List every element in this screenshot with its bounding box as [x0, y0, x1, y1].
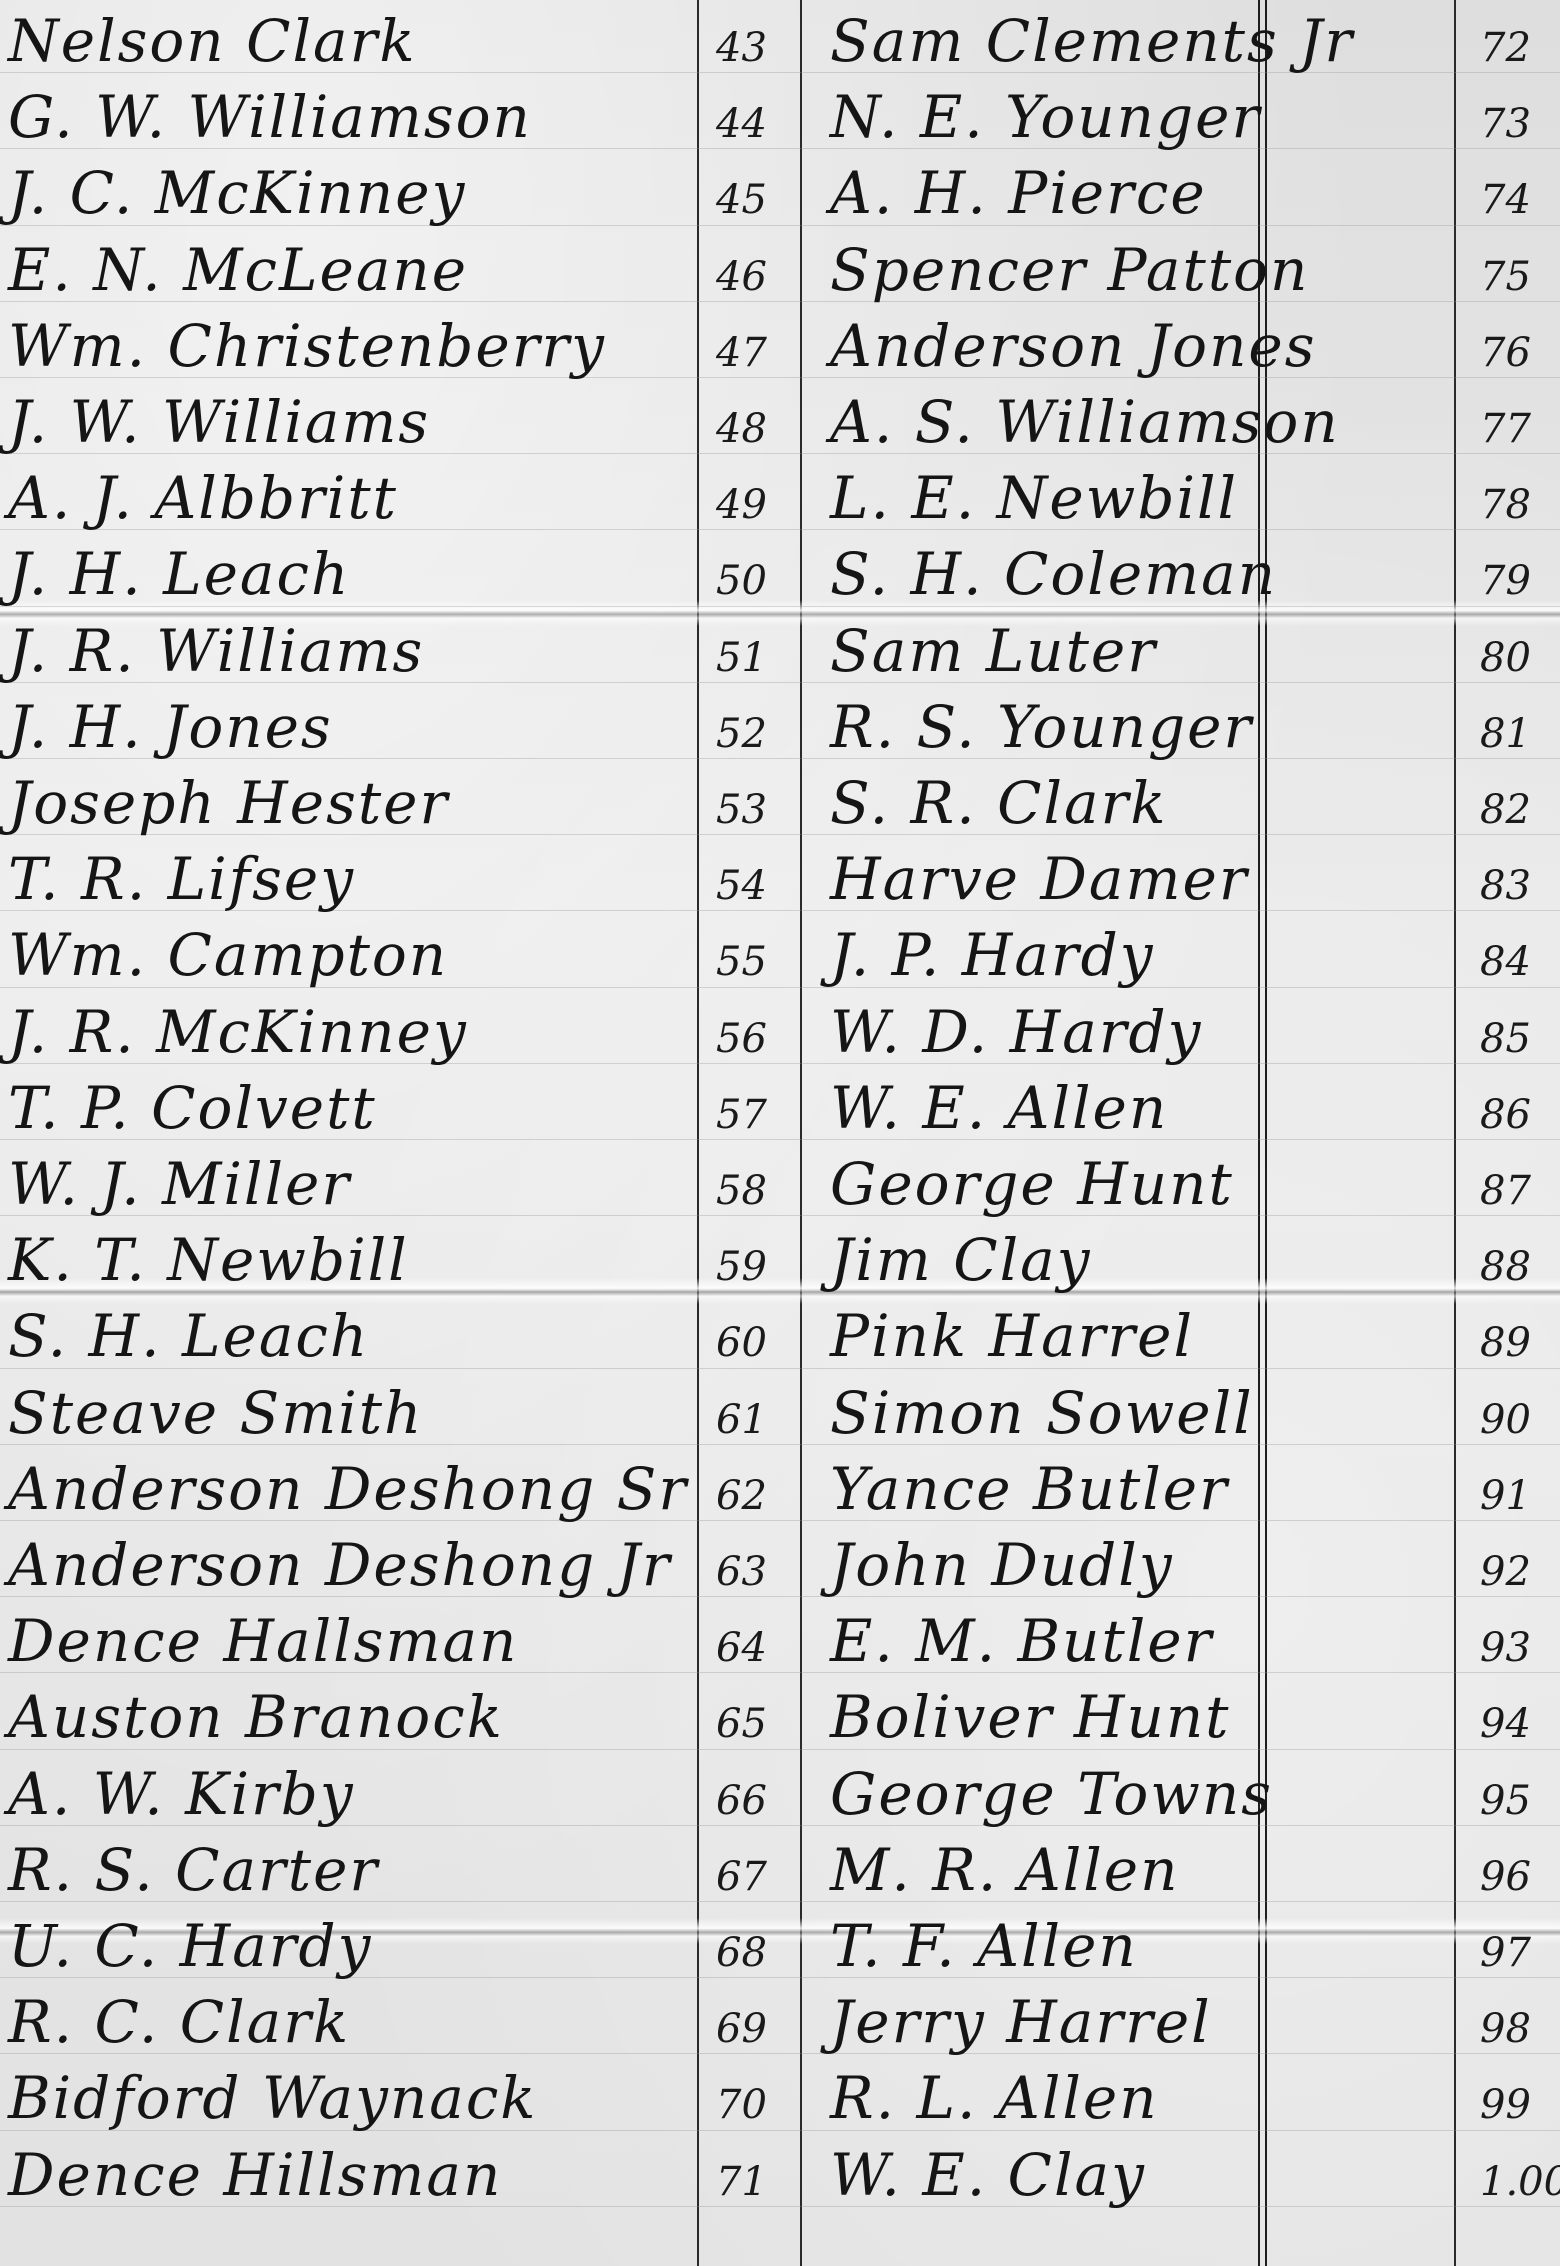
left-entry-name: Anderson Deshong Jr [8, 1536, 672, 1594]
right-entry-number: 72 [1480, 28, 1531, 68]
left-entry-number: 62 [716, 1476, 767, 1516]
right-entry-number: 76 [1480, 333, 1531, 373]
right-entry-number: 97 [1480, 1933, 1531, 1973]
left-entry-number: 71 [716, 2162, 767, 2202]
right-entry-number: 95 [1480, 1781, 1531, 1821]
right-entry-name: S. H. Coleman [830, 545, 1277, 603]
roster-row: Steave Smith61Simon Sowell90 [0, 1372, 1560, 1450]
right-entry-number: 82 [1480, 790, 1531, 830]
right-entry-number: 83 [1480, 866, 1531, 906]
left-entry-number: 49 [716, 485, 767, 525]
roster-row: Dence Hillsman71W. E. Clay1.00 [0, 2134, 1560, 2212]
left-entry-number: 57 [716, 1095, 767, 1135]
left-entry-name: T. R. Lifsey [8, 850, 355, 908]
left-entry-name: J. R. Williams [8, 622, 424, 680]
left-entry-number: 48 [716, 409, 767, 449]
roster-row: J. C. McKinney45A. H. Pierce74 [0, 152, 1560, 230]
right-entry-name: A. S. Williamson [830, 393, 1340, 451]
left-entry-number: 51 [716, 638, 767, 678]
left-entry-name: S. H. Leach [8, 1307, 369, 1365]
right-entry-name: N. E. Younger [830, 88, 1261, 146]
left-entry-name: Bidford Waynack [8, 2069, 537, 2127]
left-entry-number: 55 [716, 942, 767, 982]
right-entry-name: Yance Butler [830, 1460, 1229, 1518]
left-entry-number: 70 [716, 2085, 767, 2125]
right-entry-number: 93 [1480, 1628, 1531, 1668]
right-entry-number: 94 [1480, 1704, 1531, 1744]
right-entry-name: M. R. Allen [830, 1841, 1179, 1899]
left-entry-number: 58 [716, 1171, 767, 1211]
left-entry-number: 59 [716, 1247, 767, 1287]
left-entry-number: 43 [716, 28, 767, 68]
left-entry-name: Steave Smith [8, 1384, 423, 1442]
roster-row: J. R. Williams51Sam Luter80 [0, 610, 1560, 688]
right-entry-name: R. L. Allen [830, 2069, 1159, 2127]
roster-row: Wm. Christenberry47Anderson Jones76 [0, 305, 1560, 383]
left-entry-name: R. S. Carter [8, 1841, 379, 1899]
left-entry-number: 68 [716, 1933, 767, 1973]
right-entry-number: 77 [1480, 409, 1531, 449]
left-entry-name: Nelson Clark [8, 12, 416, 70]
left-entry-name: Dence Hallsman [8, 1612, 518, 1670]
left-entry-number: 63 [716, 1552, 767, 1592]
right-entry-number: 79 [1480, 561, 1531, 601]
roster-row: A. J. Albbritt49L. E. Newbill78 [0, 457, 1560, 535]
right-entry-name: Simon Sowell [830, 1384, 1254, 1442]
right-entry-name: George Towns [830, 1765, 1273, 1823]
left-entry-number: 69 [716, 2009, 767, 2049]
roster-row: R. C. Clark69Jerry Harrel98 [0, 1981, 1560, 2059]
roster-row: U. C. Hardy68T. F. Allen97 [0, 1905, 1560, 1983]
left-entry-number: 60 [716, 1323, 767, 1363]
right-entry-number: 98 [1480, 2009, 1531, 2049]
roster-row: Joseph Hester53S. R. Clark82 [0, 762, 1560, 840]
roster-row: J. R. McKinney56W. D. Hardy85 [0, 991, 1560, 1069]
right-entry-number: 1.00 [1480, 2162, 1560, 2202]
left-entry-name: E. N. McLeane [8, 241, 468, 299]
left-entry-number: 56 [716, 1019, 767, 1059]
left-entry-name: Dence Hillsman [8, 2146, 502, 2204]
right-entry-name: L. E. Newbill [830, 469, 1238, 527]
left-entry-name: Wm. Campton [8, 926, 448, 984]
left-entry-number: 53 [716, 790, 767, 830]
right-entry-number: 84 [1480, 942, 1531, 982]
roster-row: Auston Branock65Boliver Hunt94 [0, 1676, 1560, 1754]
right-entry-name: Sam Luter [830, 622, 1157, 680]
left-entry-name: Joseph Hester [8, 774, 449, 832]
right-entry-name: J. P. Hardy [830, 926, 1155, 984]
left-entry-number: 66 [716, 1781, 767, 1821]
left-entry-name: A. J. Albbritt [8, 469, 398, 527]
left-entry-name: G. W. Williamson [8, 88, 532, 146]
roster-row: Anderson Deshong Sr62Yance Butler91 [0, 1448, 1560, 1526]
right-entry-name: Anderson Jones [830, 317, 1317, 375]
right-entry-name: W. D. Hardy [830, 1003, 1202, 1061]
right-entry-number: 86 [1480, 1095, 1531, 1135]
left-entry-name: J. C. McKinney [8, 164, 466, 222]
roster-row: Anderson Deshong Jr63John Dudly92 [0, 1524, 1560, 1602]
left-entry-name: W. J. Miller [8, 1155, 351, 1213]
left-entry-number: 64 [716, 1628, 767, 1668]
right-entry-number: 96 [1480, 1857, 1531, 1897]
right-entry-number: 91 [1480, 1476, 1531, 1516]
roster-row: Nelson Clark43Sam Clements Jr72 [0, 0, 1560, 78]
left-entry-number: 47 [716, 333, 767, 373]
left-entry-name: U. C. Hardy [8, 1917, 372, 1975]
left-entry-name: J. W. Williams [8, 393, 430, 451]
left-entry-name: Auston Branock [8, 1688, 504, 1746]
left-entry-name: A. W. Kirby [8, 1765, 355, 1823]
right-entry-name: Pink Harrel [830, 1307, 1194, 1365]
right-entry-number: 74 [1480, 180, 1531, 220]
left-entry-number: 65 [716, 1704, 767, 1744]
right-entry-number: 85 [1480, 1019, 1531, 1059]
roster-row: G. W. Williamson44N. E. Younger73 [0, 76, 1560, 154]
right-entry-number: 99 [1480, 2085, 1531, 2125]
roster-row: J. H. Leach50S. H. Coleman79 [0, 533, 1560, 611]
right-entry-name: E. M. Butler [830, 1612, 1213, 1670]
right-entry-number: 78 [1480, 485, 1531, 525]
left-entry-name: Wm. Christenberry [8, 317, 606, 375]
right-entry-name: Jerry Harrel [830, 1993, 1212, 2051]
left-entry-name: J. H. Jones [8, 698, 333, 756]
left-entry-name: K. T. Newbill [8, 1231, 409, 1289]
right-entry-number: 80 [1480, 638, 1531, 678]
left-entry-name: Anderson Deshong Sr [8, 1460, 688, 1518]
left-entry-number: 44 [716, 104, 767, 144]
roster-row: T. R. Lifsey54Harve Damer83 [0, 838, 1560, 916]
right-entry-name: W. E. Allen [830, 1079, 1168, 1137]
roster-row: S. H. Leach60Pink Harrel89 [0, 1295, 1560, 1373]
left-entry-number: 61 [716, 1400, 767, 1440]
right-entry-name: T. F. Allen [830, 1917, 1138, 1975]
right-entry-name: Harve Damer [830, 850, 1249, 908]
left-entry-number: 50 [716, 561, 767, 601]
right-entry-number: 87 [1480, 1171, 1531, 1211]
ledger-page: Nelson Clark43Sam Clements Jr72G. W. Wil… [0, 0, 1560, 2266]
roster-row: J. H. Jones52R. S. Younger81 [0, 686, 1560, 764]
roster-row: R. S. Carter67M. R. Allen96 [0, 1829, 1560, 1907]
right-entry-number: 90 [1480, 1400, 1531, 1440]
roster-row: T. P. Colvett57W. E. Allen86 [0, 1067, 1560, 1145]
right-entry-number: 89 [1480, 1323, 1531, 1363]
right-entry-number: 73 [1480, 104, 1531, 144]
right-entry-name: S. R. Clark [830, 774, 1167, 832]
right-entry-name: Boliver Hunt [830, 1688, 1231, 1746]
roster-row: W. J. Miller58George Hunt87 [0, 1143, 1560, 1221]
roster-row: A. W. Kirby66George Towns95 [0, 1753, 1560, 1831]
right-entry-name: John Dudly [830, 1536, 1174, 1594]
right-entry-number: 88 [1480, 1247, 1531, 1287]
right-entry-name: W. E. Clay [830, 2146, 1146, 2204]
right-entry-number: 75 [1480, 257, 1531, 297]
right-entry-number: 92 [1480, 1552, 1531, 1592]
right-entry-name: A. H. Pierce [830, 164, 1207, 222]
left-entry-number: 45 [716, 180, 767, 220]
roster-row: E. N. McLeane46Spencer Patton75 [0, 229, 1560, 307]
left-entry-number: 46 [716, 257, 767, 297]
left-entry-number: 54 [716, 866, 767, 906]
left-entry-name: J. H. Leach [8, 545, 350, 603]
left-entry-number: 52 [716, 714, 767, 754]
roster-row: J. W. Williams48A. S. Williamson77 [0, 381, 1560, 459]
roster-row: K. T. Newbill59Jim Clay88 [0, 1219, 1560, 1297]
right-entry-number: 81 [1480, 714, 1531, 754]
left-entry-number: 67 [716, 1857, 767, 1897]
right-entry-name: Jim Clay [830, 1231, 1092, 1289]
roster-row: Bidford Waynack70R. L. Allen99 [0, 2057, 1560, 2135]
left-entry-name: T. P. Colvett [8, 1079, 377, 1137]
right-entry-name: Spencer Patton [830, 241, 1309, 299]
left-entry-name: J. R. McKinney [8, 1003, 468, 1061]
roster-row: Dence Hallsman64E. M. Butler93 [0, 1600, 1560, 1678]
roster-row: Wm. Campton55J. P. Hardy84 [0, 914, 1560, 992]
right-entry-name: George Hunt [830, 1155, 1234, 1213]
right-entry-name: R. S. Younger [830, 698, 1253, 756]
right-entry-name: Sam Clements Jr [830, 12, 1354, 70]
left-entry-name: R. C. Clark [8, 1993, 350, 2051]
